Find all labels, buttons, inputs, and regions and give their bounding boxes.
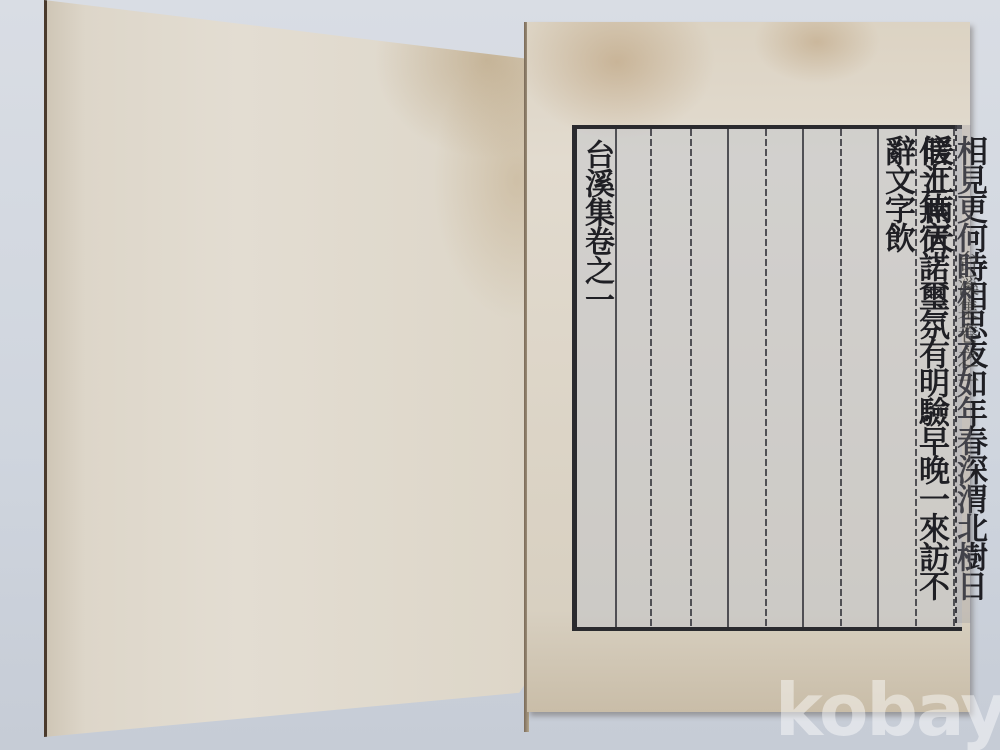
column-line: [727, 129, 729, 627]
margin-fold-text: 台溪集卷之一: [951, 250, 982, 394]
column-line: [690, 129, 692, 627]
left-blank-page: [44, 0, 529, 737]
volume-title: 台溪集卷之一: [579, 139, 613, 313]
watermark: kobay: [775, 668, 1000, 750]
column-line: [650, 129, 652, 627]
text-column-2: 信士無宿諾璽氛有明驗早晚一來訪不辭文字飲: [880, 135, 948, 627]
printed-frame: 台溪集卷之一 相見更何時相思夜如年春深渭北樹日暖江南天 信士無宿諾璽氛有明驗早晚…: [572, 125, 962, 631]
column-line: [615, 129, 617, 627]
column-line: [765, 129, 767, 627]
column-line: [840, 129, 842, 627]
column-line: [802, 129, 804, 627]
